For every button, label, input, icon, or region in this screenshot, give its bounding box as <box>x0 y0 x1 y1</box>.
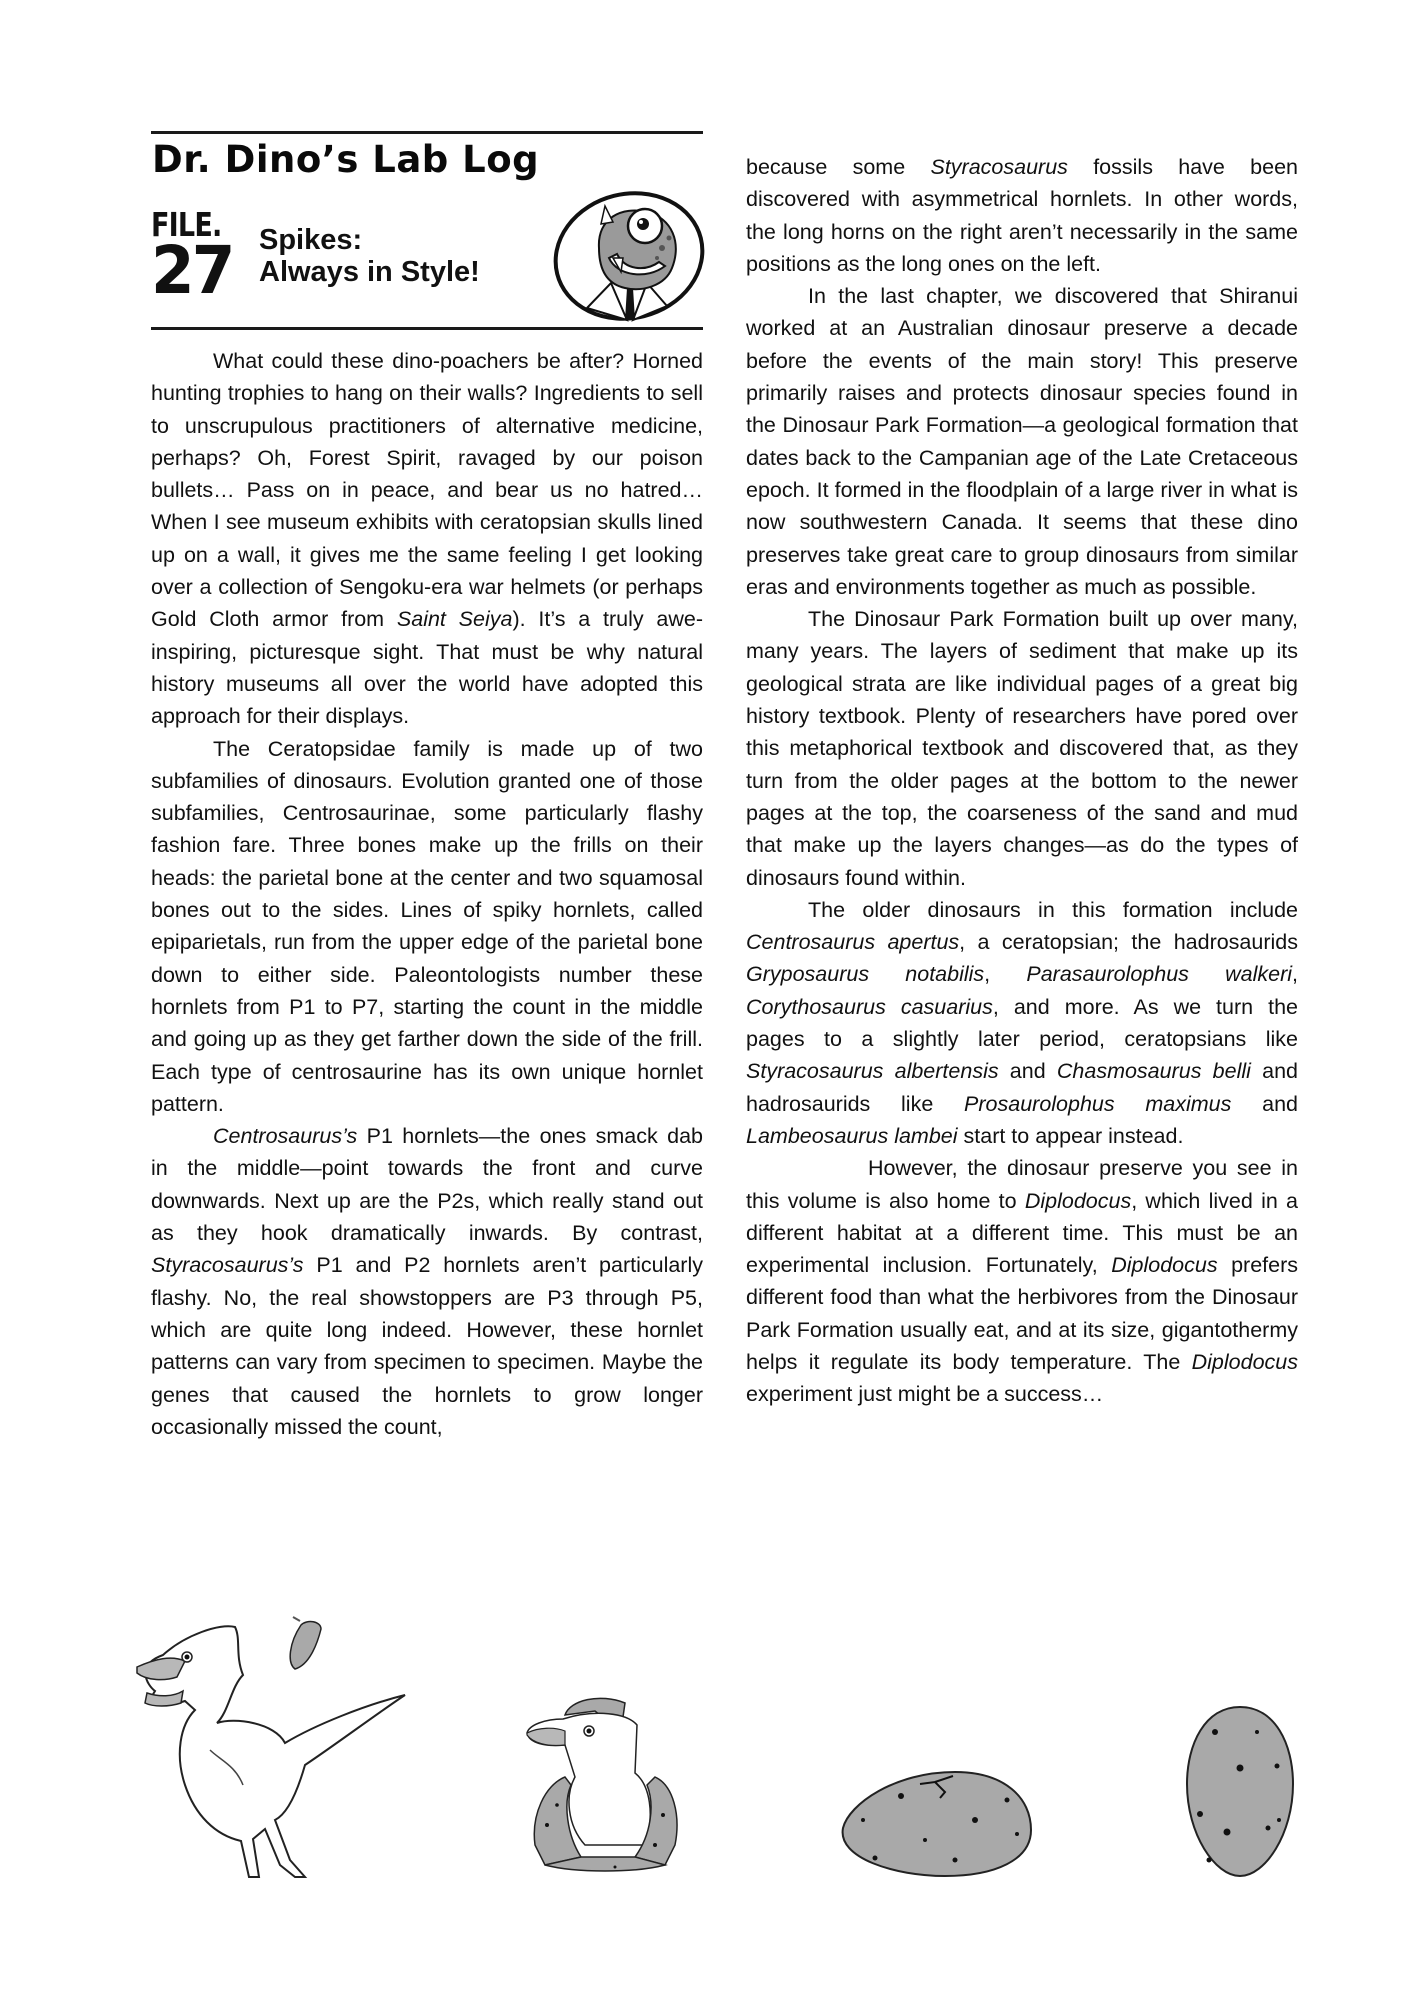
text: and <box>1231 1092 1298 1116</box>
file-number: 27 <box>151 238 233 304</box>
text: , <box>984 962 1026 986</box>
text: start to appear instead. <box>958 1124 1184 1148</box>
text: What could these dino-poachers be after?… <box>151 349 703 631</box>
italic-species: Diplodocus <box>1025 1189 1131 1213</box>
italic-species: Lambeosaurus lambei <box>746 1124 958 1148</box>
article-subtitle: Spikes: Always in Style! <box>259 224 480 288</box>
cracked-egg-illustration <box>835 1768 1035 1880</box>
italic-species: Diplodocus <box>1192 1350 1298 1374</box>
paragraph: What could these dino-poachers be after?… <box>151 345 703 733</box>
italic-title: Saint Seiya <box>397 607 513 631</box>
left-column: What could these dino-poachers be after?… <box>151 345 703 1443</box>
right-column: because some Styracosaurus fossils have … <box>746 151 1298 1411</box>
italic-species: Corythosaurus casuarius <box>746 995 993 1019</box>
italic-species: Gryposaurus notabilis <box>746 962 984 986</box>
paragraph: In the last chapter, we discovered that … <box>746 280 1298 603</box>
italic-species: Centrosaurus apertus <box>746 930 959 954</box>
italic-species: Chasmosaurus belli <box>1057 1059 1251 1083</box>
paragraph: The older dinosaurs in this formation in… <box>746 894 1298 1152</box>
paragraph: because some Styracosaurus fossils have … <box>746 151 1298 280</box>
italic-species: Parasaurolophus walkeri <box>1026 962 1292 986</box>
subtitle-line-2: Always in Style! <box>259 256 480 288</box>
dr-dino-avatar-icon <box>547 188 707 324</box>
top-rule <box>151 131 703 134</box>
italic-species: Centrosaurus’s <box>213 1124 357 1148</box>
text: because some <box>746 155 930 179</box>
italic-species: Diplodocus <box>1111 1253 1217 1277</box>
upright-egg-illustration <box>1175 1704 1305 1879</box>
paragraph: Centrosaurus’s P1 hornlets—the ones smac… <box>151 1120 703 1443</box>
text: experiment just might be a success… <box>746 1382 1103 1406</box>
bottom-rule <box>151 327 703 330</box>
paragraph: The Dinosaur Park Formation built up ove… <box>746 603 1298 894</box>
italic-species: Prosaurolophus maximus <box>964 1092 1231 1116</box>
hatchling-in-egg-illustration <box>505 1685 705 1875</box>
baby-raptor-illustration <box>125 1615 445 1890</box>
italic-species: Styracosaurus <box>930 155 1067 179</box>
text: , <box>1292 962 1298 986</box>
text: , a ceratopsian; the hadrosaurids <box>959 930 1298 954</box>
italic-species: Styracosaurus albertensis <box>746 1059 999 1083</box>
text: and <box>999 1059 1057 1083</box>
page-title: Dr. Dino’s Lab Log <box>152 138 539 181</box>
italic-species: Styracosaurus’s <box>151 1253 304 1277</box>
subtitle-line-1: Spikes: <box>259 224 480 256</box>
paragraph: The Ceratopsidae family is made up of tw… <box>151 733 703 1121</box>
text: The older dinosaurs in this formation in… <box>808 898 1298 922</box>
text: P1 and P2 hornlets aren’t particularly f… <box>151 1253 703 1438</box>
paragraph: However, the dinosaur preserve you see i… <box>746 1152 1298 1410</box>
